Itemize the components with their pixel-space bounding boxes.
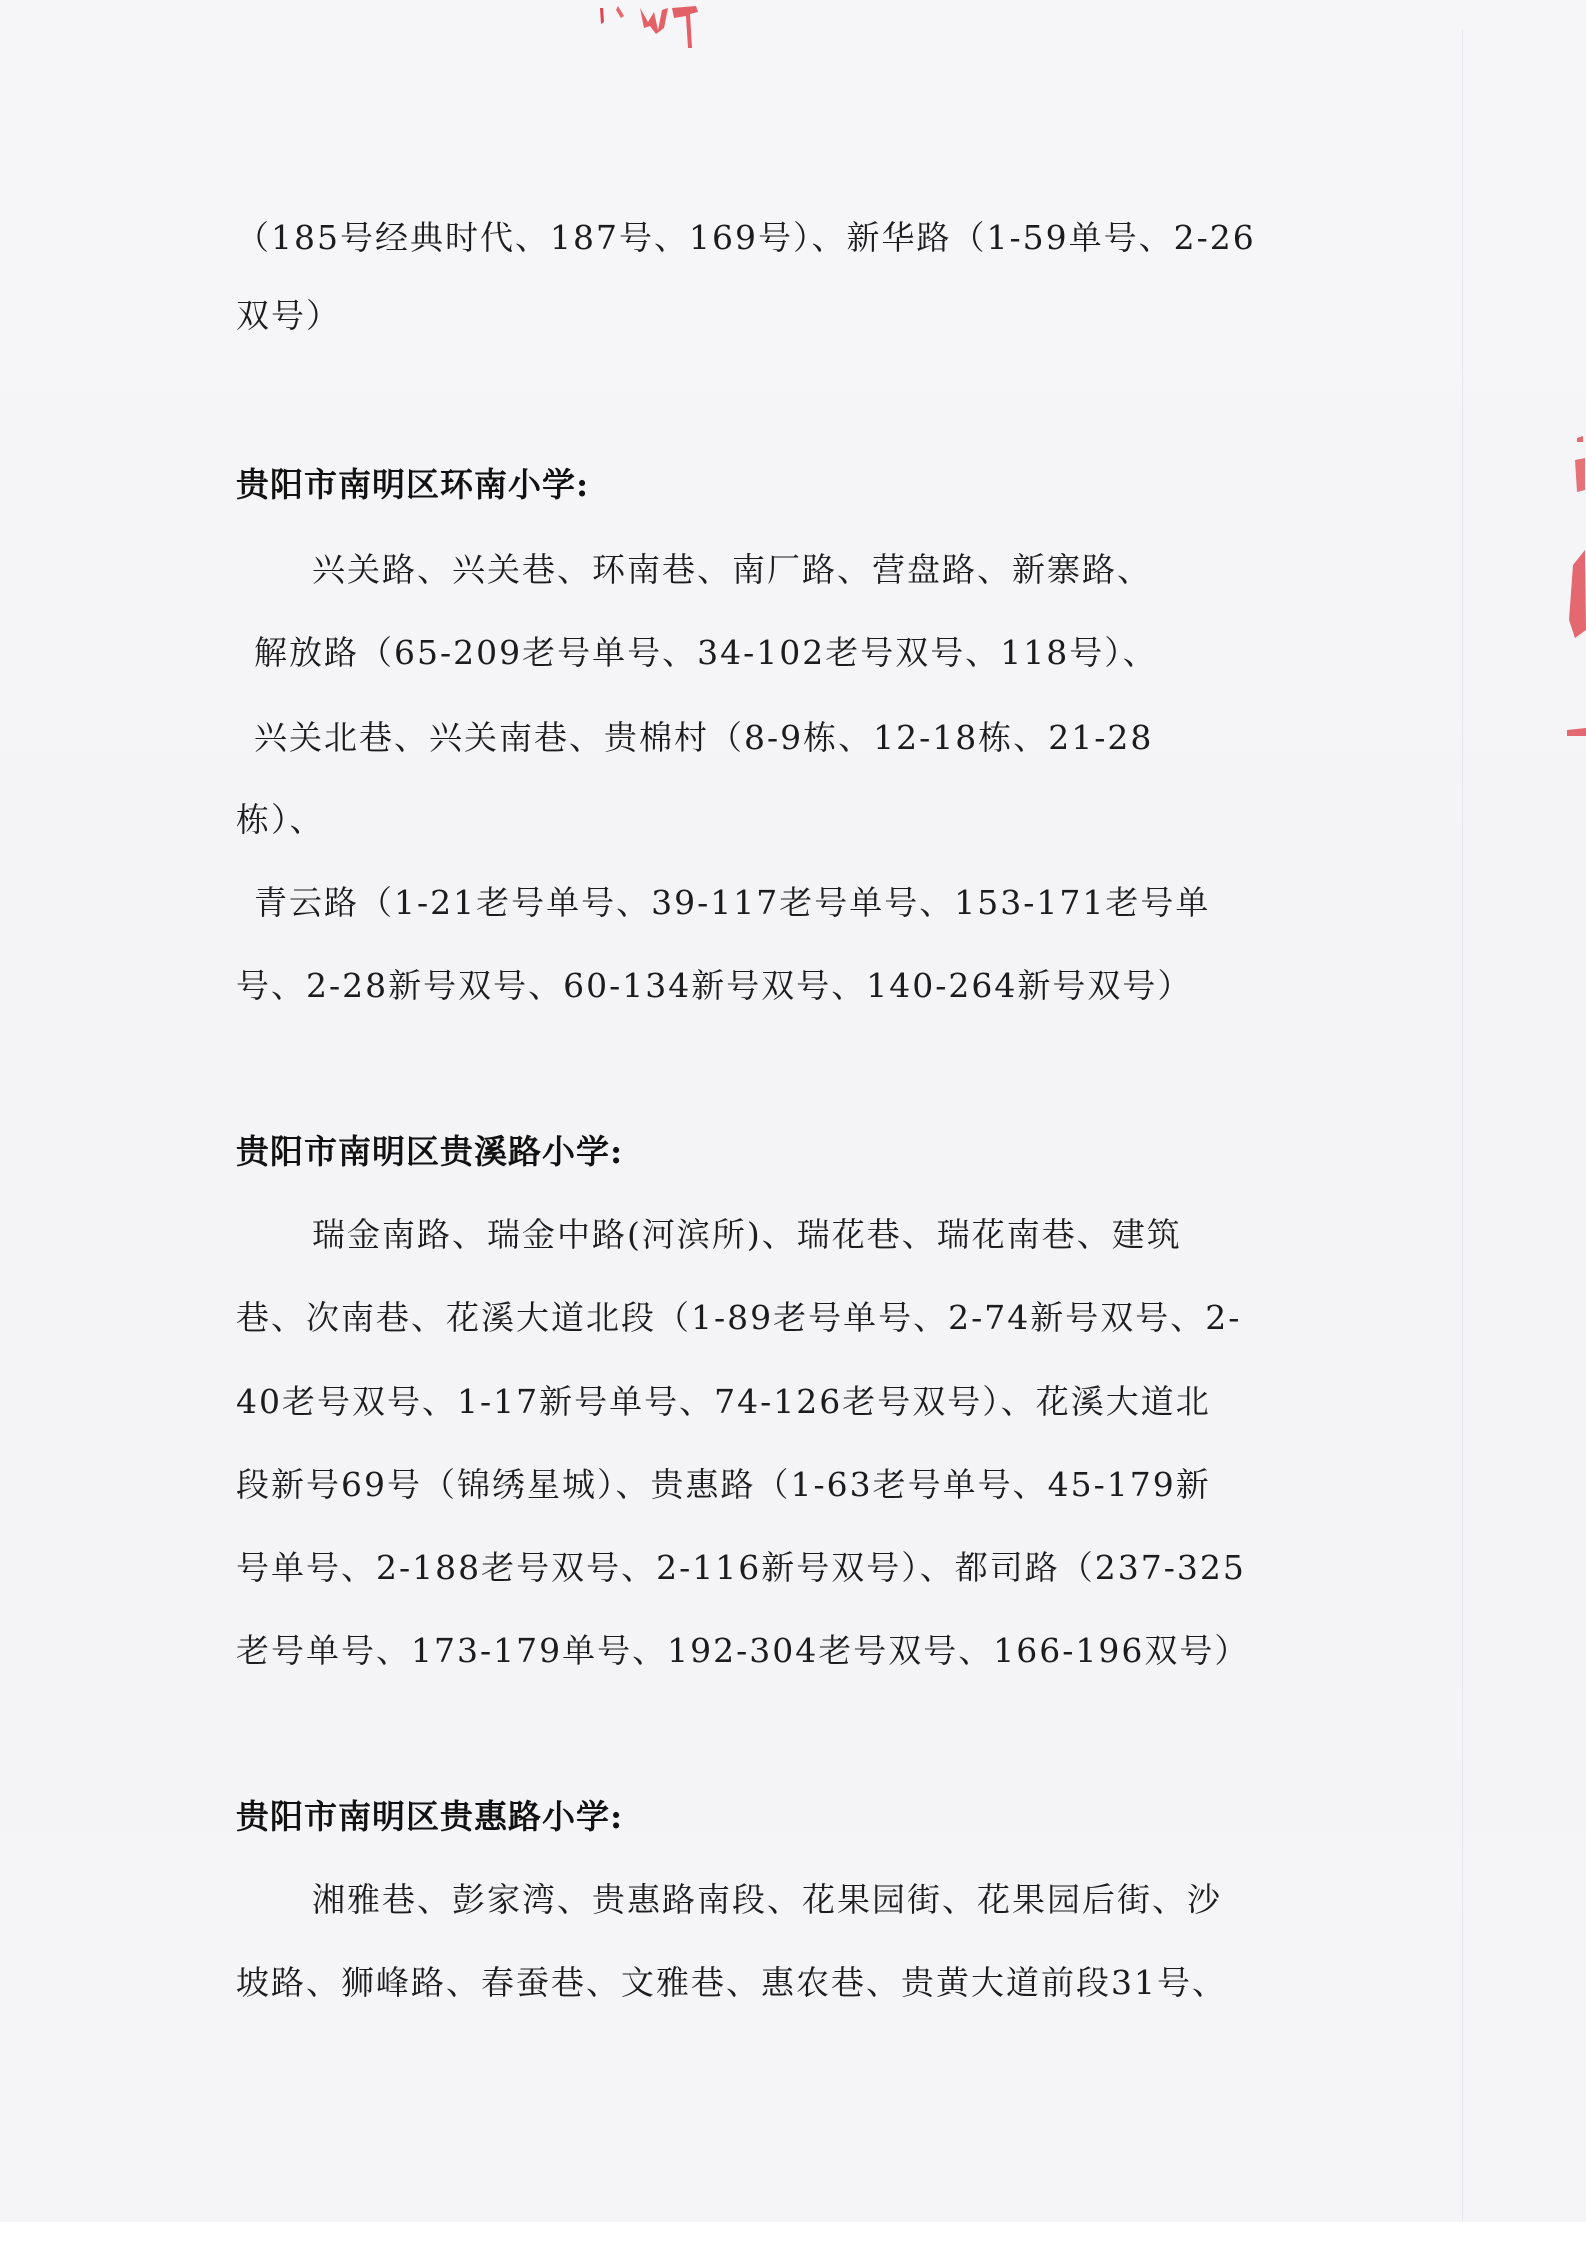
address-line: 湘雅巷、彭家湾、贵惠路南段、花果园街、花果园后街、沙 bbox=[312, 1880, 1222, 1920]
red-seal-stamp-fragment-top bbox=[600, 0, 900, 50]
school-heading-huannan: 贵阳市南明区环南小学: bbox=[236, 465, 589, 505]
continuation-line-2: 双号） bbox=[236, 296, 341, 336]
continuation-line-1: （185号经典时代、187号、169号）、新华路（1-59单号、2-26 bbox=[236, 218, 1256, 258]
fold-line bbox=[1462, 30, 1463, 2220]
address-line: 解放路（65-209老号单号、34-102老号双号、118号）、 bbox=[254, 633, 1158, 673]
address-line: 号、2-28新号双号、60-134新号双号、140-264新号双号） bbox=[236, 966, 1192, 1006]
red-seal-stamp-fragment-right bbox=[1555, 430, 1586, 750]
school-heading-guixilu: 贵阳市南明区贵溪路小学: bbox=[236, 1132, 623, 1172]
school-heading-guihuilu: 贵阳市南明区贵惠路小学: bbox=[236, 1797, 623, 1837]
address-line: 段新号69号（锦绣星城）、贵惠路（1-63老号单号、45-179新 bbox=[236, 1465, 1211, 1505]
address-line: 栋）、 bbox=[236, 800, 325, 840]
address-line: 瑞金南路、瑞金中路(河滨所)、瑞花巷、瑞花南巷、建筑 bbox=[312, 1215, 1182, 1255]
address-line: 40老号双号、1-17新号单号、74-126老号双号）、花溪大道北 bbox=[236, 1382, 1211, 1422]
address-line: 老号单号、173-179单号、192-304老号双号、166-196双号） bbox=[236, 1631, 1249, 1671]
address-line: 青云路（1-21老号单号、39-117老号单号、153-171老号单 bbox=[254, 883, 1210, 923]
address-line: 兴关北巷、兴关南巷、贵棉村（8-9栋、12-18栋、21-28 bbox=[254, 718, 1153, 758]
address-line: 巷、次南巷、花溪大道北段（1-89老号单号、2-74新号双号、2- bbox=[236, 1298, 1241, 1338]
address-line: 坡路、狮峰路、春蚕巷、文雅巷、惠农巷、贵黄大道前段31号、 bbox=[236, 1963, 1227, 2003]
address-line: 号单号、2-188老号双号、2-116新号双号）、都司路（237-325 bbox=[236, 1548, 1246, 1588]
address-line: 兴关路、兴关巷、环南巷、南厂路、营盘路、新寨路、 bbox=[312, 550, 1152, 590]
